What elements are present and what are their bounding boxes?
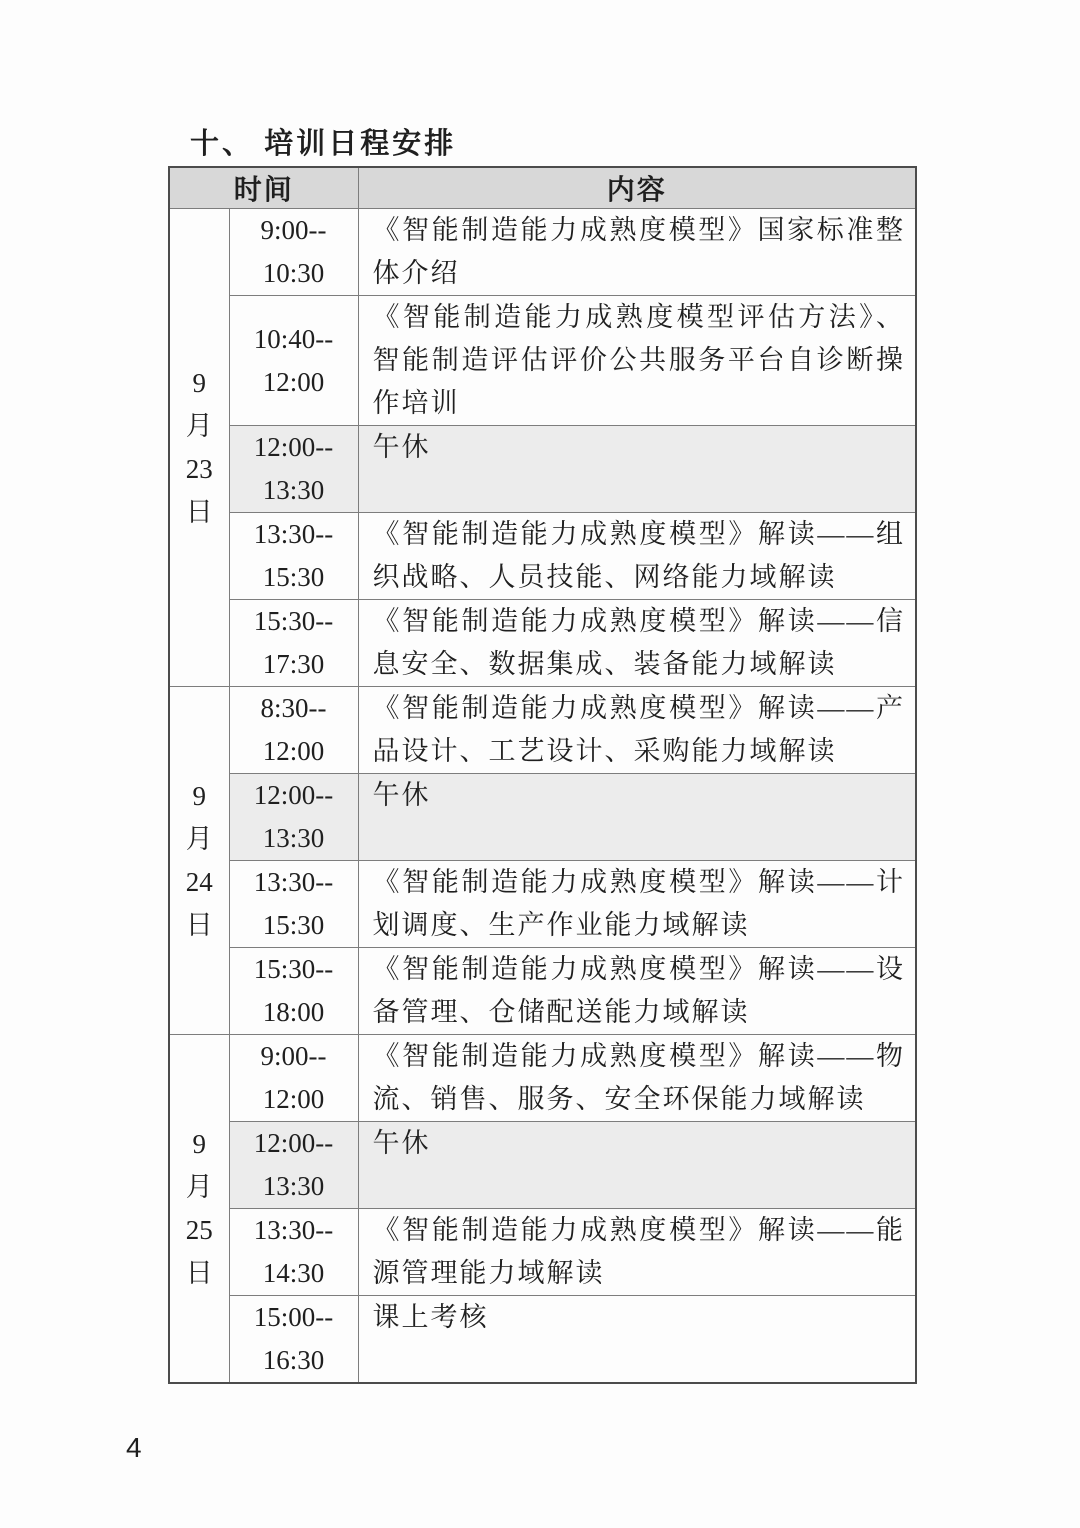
time-line: 13:30 xyxy=(230,817,358,860)
date-line: 24 xyxy=(170,861,229,904)
column-header-time: 时间 xyxy=(169,167,358,209)
time-line: 13:30 xyxy=(230,1165,358,1208)
page-number: 4 xyxy=(126,1432,142,1464)
time-line: 14:30 xyxy=(230,1252,358,1295)
time-cell: 12:00-- 13:30 xyxy=(229,1122,358,1209)
time-line: 9:00-- xyxy=(230,209,358,252)
time-cell: 8:30-- 12:00 xyxy=(229,687,358,774)
time-line: 8:30-- xyxy=(230,687,358,730)
date-line: 月 xyxy=(170,405,229,448)
time-cell: 12:00-- 13:30 xyxy=(229,774,358,861)
time-line: 13:30-- xyxy=(230,1209,358,1252)
time-line: 15:30 xyxy=(230,904,358,947)
content-cell: 午休 xyxy=(358,774,916,861)
time-cell: 10:40-- 12:00 xyxy=(229,296,358,426)
time-line: 13:30 xyxy=(230,469,358,512)
time-line: 13:30-- xyxy=(230,861,358,904)
session-text: 午休 xyxy=(373,1128,431,1158)
session-text: 午休 xyxy=(373,432,431,462)
date-cell-day2: 9 月 24 日 xyxy=(169,687,229,1035)
table-row: 15:30-- 17:30 《智能制造能力成熟度模型》解读——信息安全、数据集成… xyxy=(169,600,916,687)
date-line: 23 xyxy=(170,448,229,491)
date-cell-day3: 9 月 25 日 xyxy=(169,1035,229,1384)
schedule-table: 时间 内容 9 月 23 日 9:00-- 10:30 《智能制造能力成熟度模型… xyxy=(168,166,917,1384)
time-line: 12:00 xyxy=(230,361,358,404)
session-text: 课上考核 xyxy=(373,1302,489,1332)
time-cell: 13:30-- 15:30 xyxy=(229,861,358,948)
table-row: 13:30-- 14:30 《智能制造能力成熟度模型》解读——能源管理能力域解读 xyxy=(169,1209,916,1296)
date-line: 月 xyxy=(170,818,229,861)
date-line: 9 xyxy=(170,1123,229,1166)
time-line: 10:30 xyxy=(230,252,358,295)
table-row-lunch: 12:00-- 13:30 午休 xyxy=(169,426,916,513)
time-cell: 13:30-- 14:30 xyxy=(229,1209,358,1296)
table-row-lunch: 12:00-- 13:30 午休 xyxy=(169,1122,916,1209)
session-text: 《智能制造能力成熟度模型》国家标准整体介绍 xyxy=(373,215,906,288)
session-text: 《智能制造能力成熟度模型评估方法》、智能制造评估评价公共服务平台自诊断操作培训 xyxy=(373,302,906,418)
session-text: 《智能制造能力成熟度模型》解读——组织战略、人员技能、网络能力域解读 xyxy=(373,519,906,592)
time-cell: 13:30-- 15:30 xyxy=(229,513,358,600)
time-line: 10:40-- xyxy=(230,318,358,361)
date-line: 9 xyxy=(170,775,229,818)
time-cell: 9:00-- 12:00 xyxy=(229,1035,358,1122)
session-text: 《智能制造能力成熟度模型》解读——信息安全、数据集成、装备能力域解读 xyxy=(373,606,906,679)
time-line: 13:30-- xyxy=(230,513,358,556)
content-cell: 《智能制造能力成熟度模型评估方法》、智能制造评估评价公共服务平台自诊断操作培训 xyxy=(358,296,916,426)
date-cell-day1: 9 月 23 日 xyxy=(169,209,229,687)
date-line: 9 xyxy=(170,362,229,405)
table-row: 15:00-- 16:30 课上考核 xyxy=(169,1296,916,1384)
time-line: 9:00-- xyxy=(230,1035,358,1078)
content-cell: 《智能制造能力成熟度模型》解读——设备管理、仓储配送能力域解读 xyxy=(358,948,916,1035)
time-line: 17:30 xyxy=(230,643,358,686)
page-title: 十、 培训日程安排 xyxy=(190,121,456,162)
time-line: 12:00 xyxy=(230,1078,358,1121)
content-cell: 《智能制造能力成熟度模型》解读——产品设计、工艺设计、采购能力域解读 xyxy=(358,687,916,774)
time-line: 15:30-- xyxy=(230,948,358,991)
time-line: 18:00 xyxy=(230,991,358,1034)
date-line: 25 xyxy=(170,1209,229,1252)
document-page: 十、 培训日程安排 时间 内容 9 月 23 日 9:00-- 1 xyxy=(0,0,1080,1528)
time-line: 12:00-- xyxy=(230,774,358,817)
content-cell: 《智能制造能力成熟度模型》解读——计划调度、生产作业能力域解读 xyxy=(358,861,916,948)
table-row: 13:30-- 15:30 《智能制造能力成熟度模型》解读——计划调度、生产作业… xyxy=(169,861,916,948)
table-row: 10:40-- 12:00 《智能制造能力成熟度模型评估方法》、智能制造评估评价… xyxy=(169,296,916,426)
table-row: 9 月 24 日 8:30-- 12:00 《智能制造能力成熟度模型》解读——产… xyxy=(169,687,916,774)
session-text: 《智能制造能力成熟度模型》解读——产品设计、工艺设计、采购能力域解读 xyxy=(373,693,906,766)
date-line: 日 xyxy=(170,1252,229,1295)
content-cell: 《智能制造能力成熟度模型》国家标准整体介绍 xyxy=(358,209,916,296)
content-cell: 《智能制造能力成熟度模型》解读——组织战略、人员技能、网络能力域解读 xyxy=(358,513,916,600)
time-cell: 15:30-- 18:00 xyxy=(229,948,358,1035)
time-line: 15:30 xyxy=(230,556,358,599)
time-line: 15:30-- xyxy=(230,600,358,643)
content-cell: 《智能制造能力成熟度模型》解读——能源管理能力域解读 xyxy=(358,1209,916,1296)
table-row-lunch: 12:00-- 13:30 午休 xyxy=(169,774,916,861)
time-line: 12:00-- xyxy=(230,1122,358,1165)
time-cell: 15:00-- 16:30 xyxy=(229,1296,358,1384)
time-cell: 12:00-- 13:30 xyxy=(229,426,358,513)
table-row: 13:30-- 15:30 《智能制造能力成熟度模型》解读——组织战略、人员技能… xyxy=(169,513,916,600)
time-cell: 9:00-- 10:30 xyxy=(229,209,358,296)
date-line: 日 xyxy=(170,904,229,947)
session-text: 《智能制造能力成熟度模型》解读——设备管理、仓储配送能力域解读 xyxy=(373,954,906,1027)
time-line: 12:00-- xyxy=(230,426,358,469)
content-cell: 《智能制造能力成熟度模型》解读——物流、销售、服务、安全环保能力域解读 xyxy=(358,1035,916,1122)
session-text: 《智能制造能力成熟度模型》解读——物流、销售、服务、安全环保能力域解读 xyxy=(373,1041,906,1114)
content-cell: 《智能制造能力成熟度模型》解读——信息安全、数据集成、装备能力域解读 xyxy=(358,600,916,687)
table-row: 9 月 25 日 9:00-- 12:00 《智能制造能力成熟度模型》解读——物… xyxy=(169,1035,916,1122)
content-cell: 午休 xyxy=(358,1122,916,1209)
session-text: 午休 xyxy=(373,780,431,810)
table-row: 9 月 23 日 9:00-- 10:30 《智能制造能力成熟度模型》国家标准整… xyxy=(169,209,916,296)
time-line: 16:30 xyxy=(230,1339,358,1382)
content-cell: 课上考核 xyxy=(358,1296,916,1384)
time-line: 12:00 xyxy=(230,730,358,773)
date-line: 月 xyxy=(170,1166,229,1209)
time-cell: 15:30-- 17:30 xyxy=(229,600,358,687)
table-header-row: 时间 内容 xyxy=(169,167,916,209)
date-line: 日 xyxy=(170,491,229,534)
column-header-content: 内容 xyxy=(358,167,916,209)
time-line: 15:00-- xyxy=(230,1296,358,1339)
table-row: 15:30-- 18:00 《智能制造能力成熟度模型》解读——设备管理、仓储配送… xyxy=(169,948,916,1035)
content-cell: 午休 xyxy=(358,426,916,513)
session-text: 《智能制造能力成熟度模型》解读——计划调度、生产作业能力域解读 xyxy=(373,867,906,940)
session-text: 《智能制造能力成熟度模型》解读——能源管理能力域解读 xyxy=(373,1215,906,1288)
